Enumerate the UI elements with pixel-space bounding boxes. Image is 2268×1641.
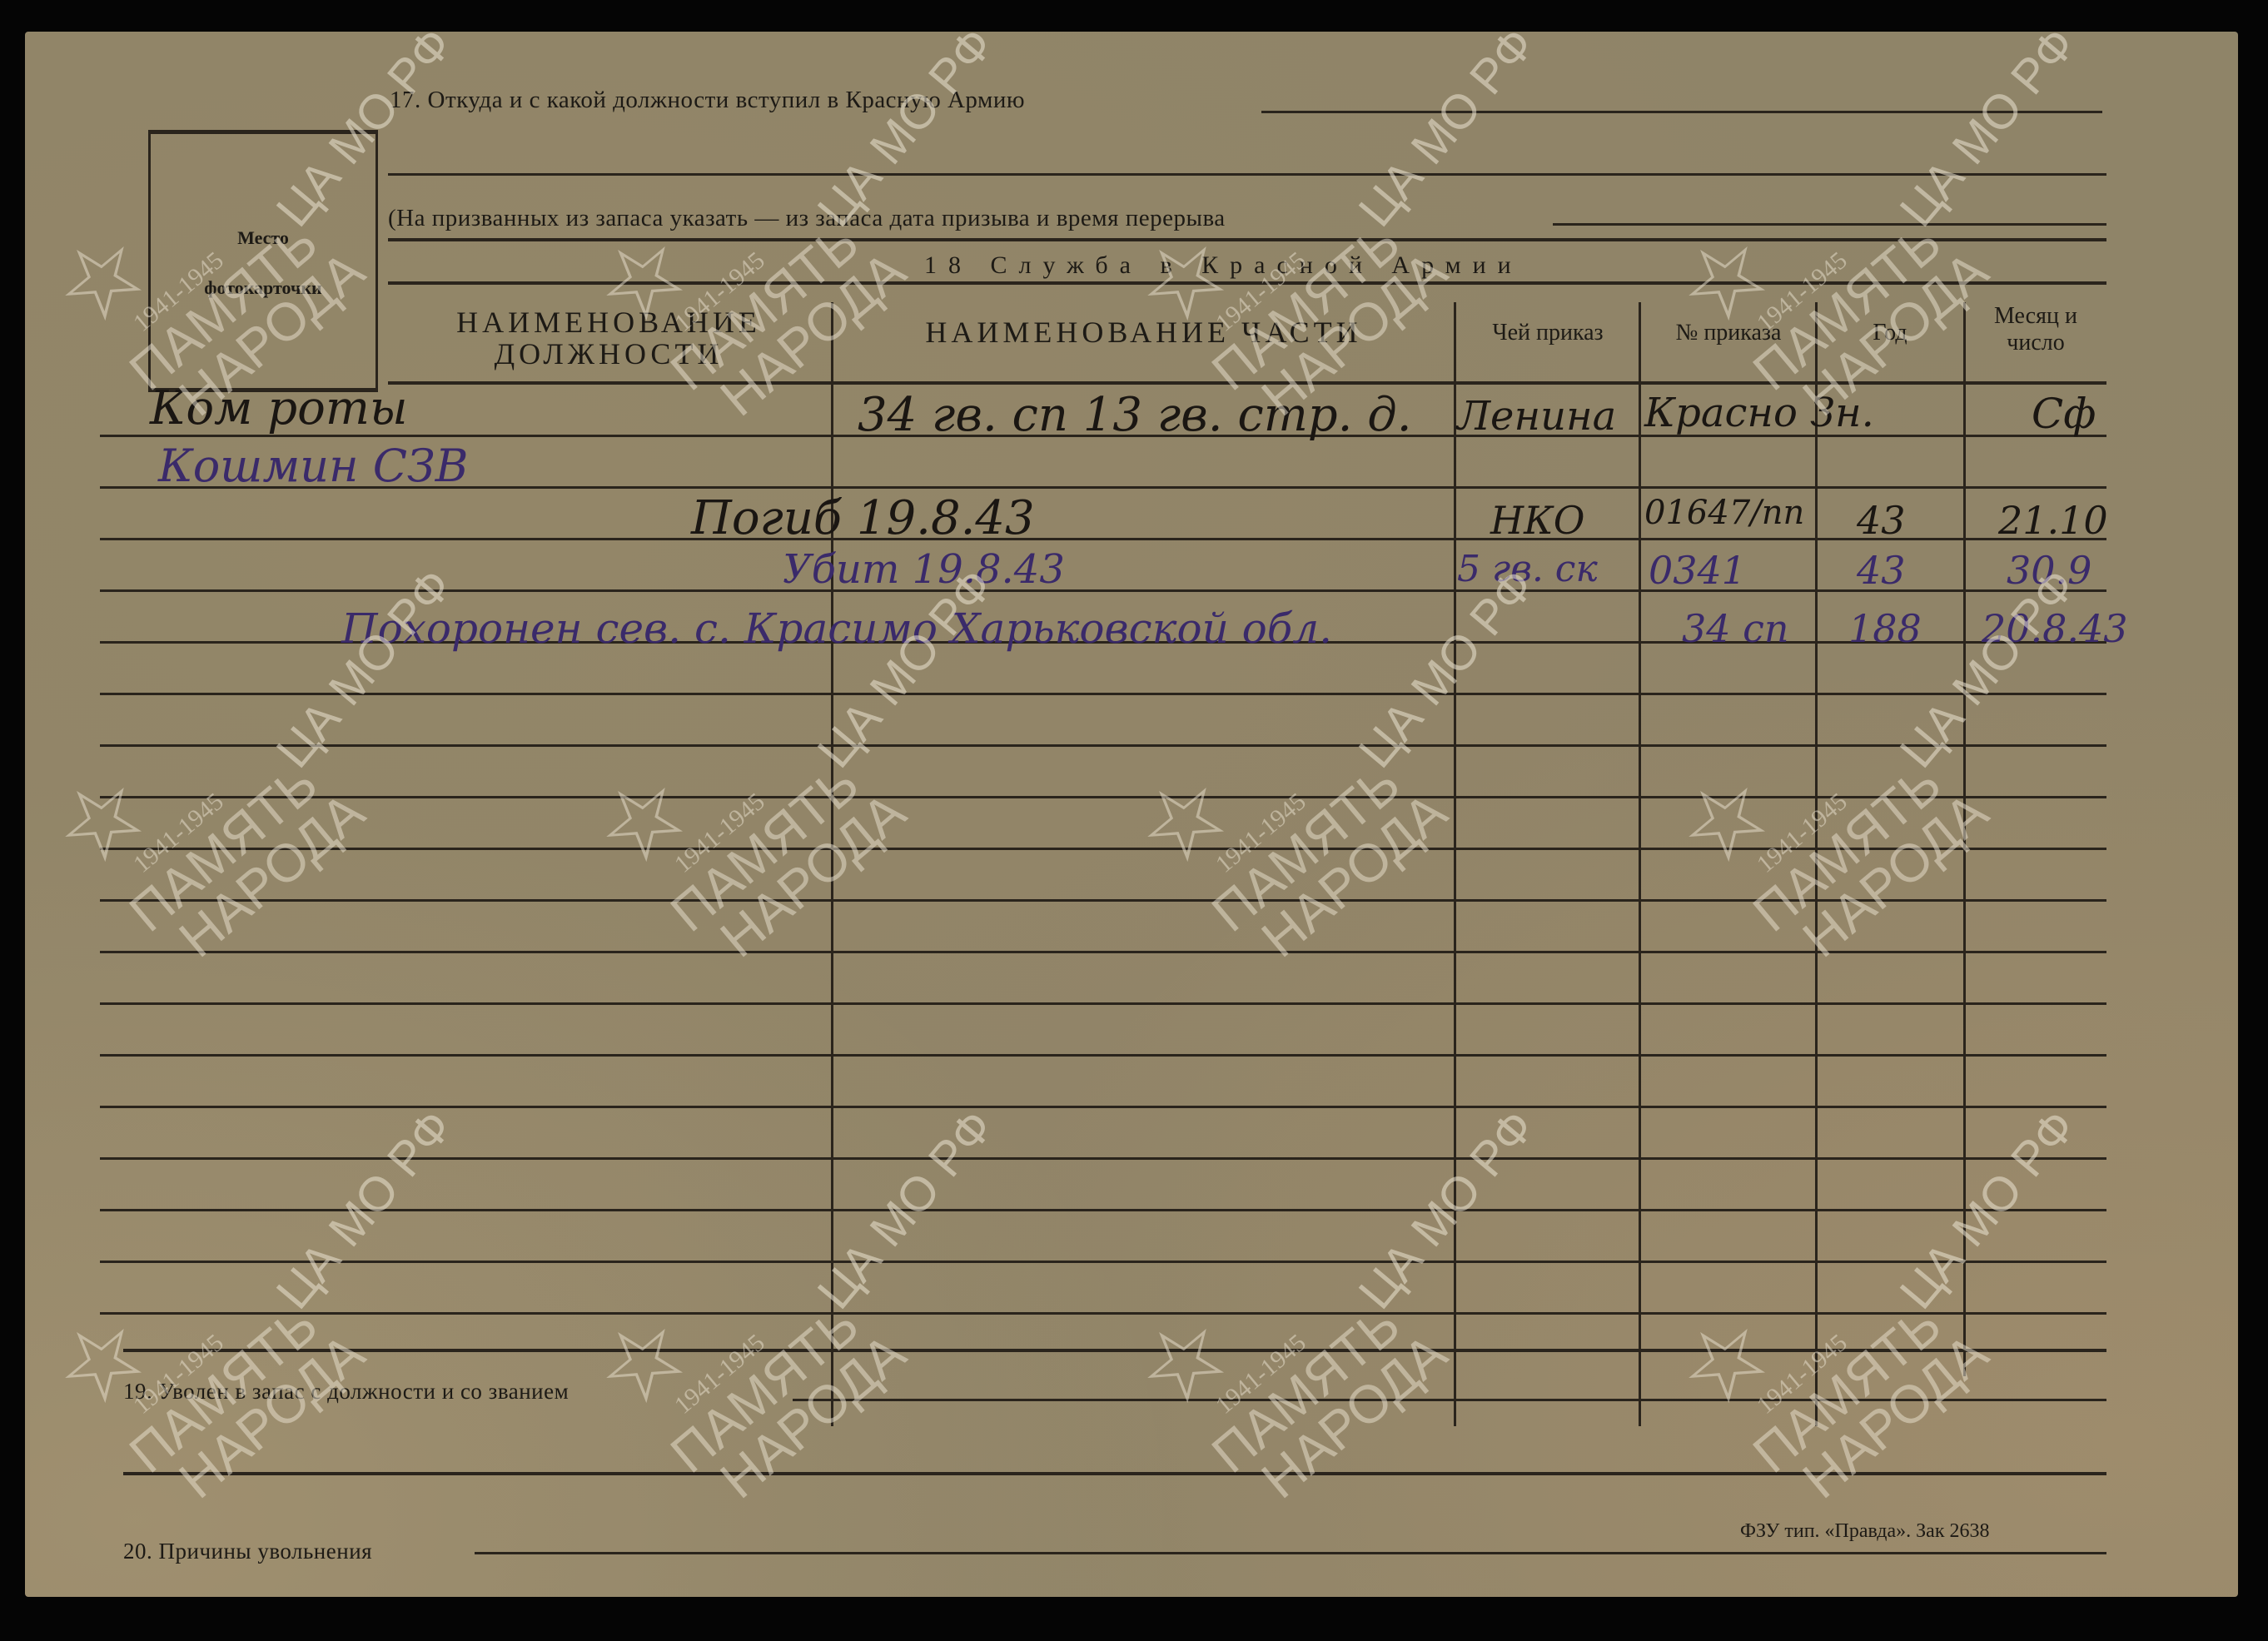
- header-position: НАИМЕНОВАНИЕ ДОЛЖНОСТИ: [388, 306, 829, 370]
- field-20-label: 20. Причины увольнения: [123, 1539, 372, 1564]
- service-record-card: Место фотокарточки 17. Откуда и с какой …: [25, 32, 2238, 1597]
- star-icon: ☆: [1659, 1191, 1914, 1429]
- field-19-answer-line[interactable]: [793, 1399, 2106, 1401]
- photo-label-line2: фотокарточки: [151, 277, 376, 299]
- field-17-line-2[interactable]: [388, 173, 2106, 176]
- entry-date-5: 20.8.43: [1982, 606, 2128, 651]
- row-rule: [100, 589, 2106, 592]
- entry-position-2: Кошмин СЗВ: [158, 440, 468, 492]
- entry-date-1: Сф: [2032, 390, 2096, 438]
- header-order-no: № приказа: [1640, 320, 1817, 346]
- header-order-by: Чей приказ: [1455, 320, 1640, 346]
- photo-label-line1: Место: [151, 227, 376, 249]
- row-rule: [100, 1261, 2106, 1263]
- column-divider-3: [1639, 302, 1641, 1426]
- entry-order-no-4: 0341: [1649, 548, 1746, 593]
- entry-position-3: Погиб 19.8.43: [691, 491, 1035, 545]
- entry-order-by-3: НКО: [1490, 498, 1584, 543]
- entry-order-by-1: Ленина: [1457, 393, 1616, 440]
- star-icon: ☆: [1659, 109, 1914, 346]
- row-rule: [100, 1002, 2106, 1005]
- entry-position-5: Похоронен сев. с. Красимо Харьковской об…: [341, 604, 1332, 653]
- table-bottom-border: [123, 1349, 2106, 1352]
- field-17-label: 17. Откуда и с какой должности вступил в…: [390, 87, 1025, 114]
- photo-placeholder-box: Место фотокарточки: [148, 130, 378, 392]
- header-date: Месяц и число: [1965, 303, 2106, 356]
- star-icon: ☆: [1117, 650, 1373, 888]
- row-rule: [100, 1312, 2106, 1315]
- column-divider-1: [831, 302, 833, 1426]
- field-17-note: (На призванных из запаса указать — из за…: [388, 205, 1226, 232]
- header-bottom-border: [388, 381, 2106, 385]
- entry-year-4: 43: [1857, 548, 1906, 593]
- watermark-archive: ЦА МО РФ: [1348, 17, 1545, 237]
- entry-order-by-5: 34 сп: [1682, 606, 1789, 651]
- entry-order-no-5: 188: [1848, 606, 1922, 651]
- star-icon: ☆: [1659, 650, 1914, 888]
- watermark-project: ☆ 1941-1945 ПАМЯТЬ НАРОДА: [583, 650, 913, 979]
- entry-date-4: 30.9: [2007, 548, 2091, 593]
- field-19-line-2[interactable]: [123, 1472, 2106, 1475]
- table-top-border: [388, 281, 2106, 285]
- row-rule: [100, 848, 2106, 850]
- star-icon: ☆: [35, 650, 291, 888]
- column-divider-5: [1963, 302, 1966, 1376]
- row-rule: [100, 538, 2106, 540]
- section-18-title: 18 Служба в Красной Армии: [924, 251, 1523, 280]
- star-icon: ☆: [576, 650, 832, 888]
- row-rule: [100, 744, 2106, 747]
- entry-date-3: 21.10: [1998, 498, 2108, 543]
- printer-mark: ФЗУ тип. «Правда». Зак 2638: [1740, 1520, 1989, 1543]
- row-rule: [100, 951, 2106, 953]
- entry-position-1: Ком роты: [150, 381, 408, 435]
- watermark-archive: ЦА МО РФ: [1889, 17, 2086, 237]
- entry-unit-1: 34 гв. сп 13 гв. стр. д.: [858, 388, 1412, 442]
- divider: [388, 238, 2106, 241]
- field-17-note-line[interactable]: [1553, 223, 2106, 226]
- star-icon: ☆: [1117, 1191, 1373, 1429]
- watermark-project: ☆ 1941-1945 ПАМЯТЬ НАРОДА: [42, 650, 372, 979]
- row-rule: [100, 899, 2106, 902]
- row-rule: [100, 1209, 2106, 1211]
- row-rule: [100, 1054, 2106, 1057]
- row-rule: [100, 693, 2106, 695]
- entry-position-4: Убит 19.8.43: [783, 546, 1065, 593]
- column-divider-4: [1815, 302, 1818, 1426]
- entry-order-no-1: Красно Зн.: [1644, 390, 1874, 436]
- entry-order-by-4: 5 гв. ск: [1457, 548, 1598, 590]
- field-17-answer-line[interactable]: [1261, 111, 2102, 113]
- entry-order-no-3: 01647/пп: [1644, 494, 1804, 532]
- column-divider-2: [1454, 302, 1456, 1426]
- watermark-project: ☆ 1941-1945 ПАМЯТЬ НАРОДА: [1665, 650, 1996, 979]
- row-rule: [100, 796, 2106, 798]
- header-year: Год: [1817, 320, 1963, 346]
- star-icon: ☆: [576, 1191, 832, 1429]
- field-20-answer-line[interactable]: [475, 1552, 2106, 1554]
- header-unit: НАИМЕНОВАНИЕ ЧАСТИ: [833, 316, 1455, 348]
- row-rule: [100, 1157, 2106, 1160]
- watermark-project: ☆ 1941-1945 ПАМЯТЬ НАРОДА: [1124, 650, 1455, 979]
- entry-year-3: 43: [1857, 498, 1906, 543]
- row-rule: [100, 1106, 2106, 1108]
- field-19-label: 19. Уволен в запас с должности и со зван…: [123, 1379, 569, 1405]
